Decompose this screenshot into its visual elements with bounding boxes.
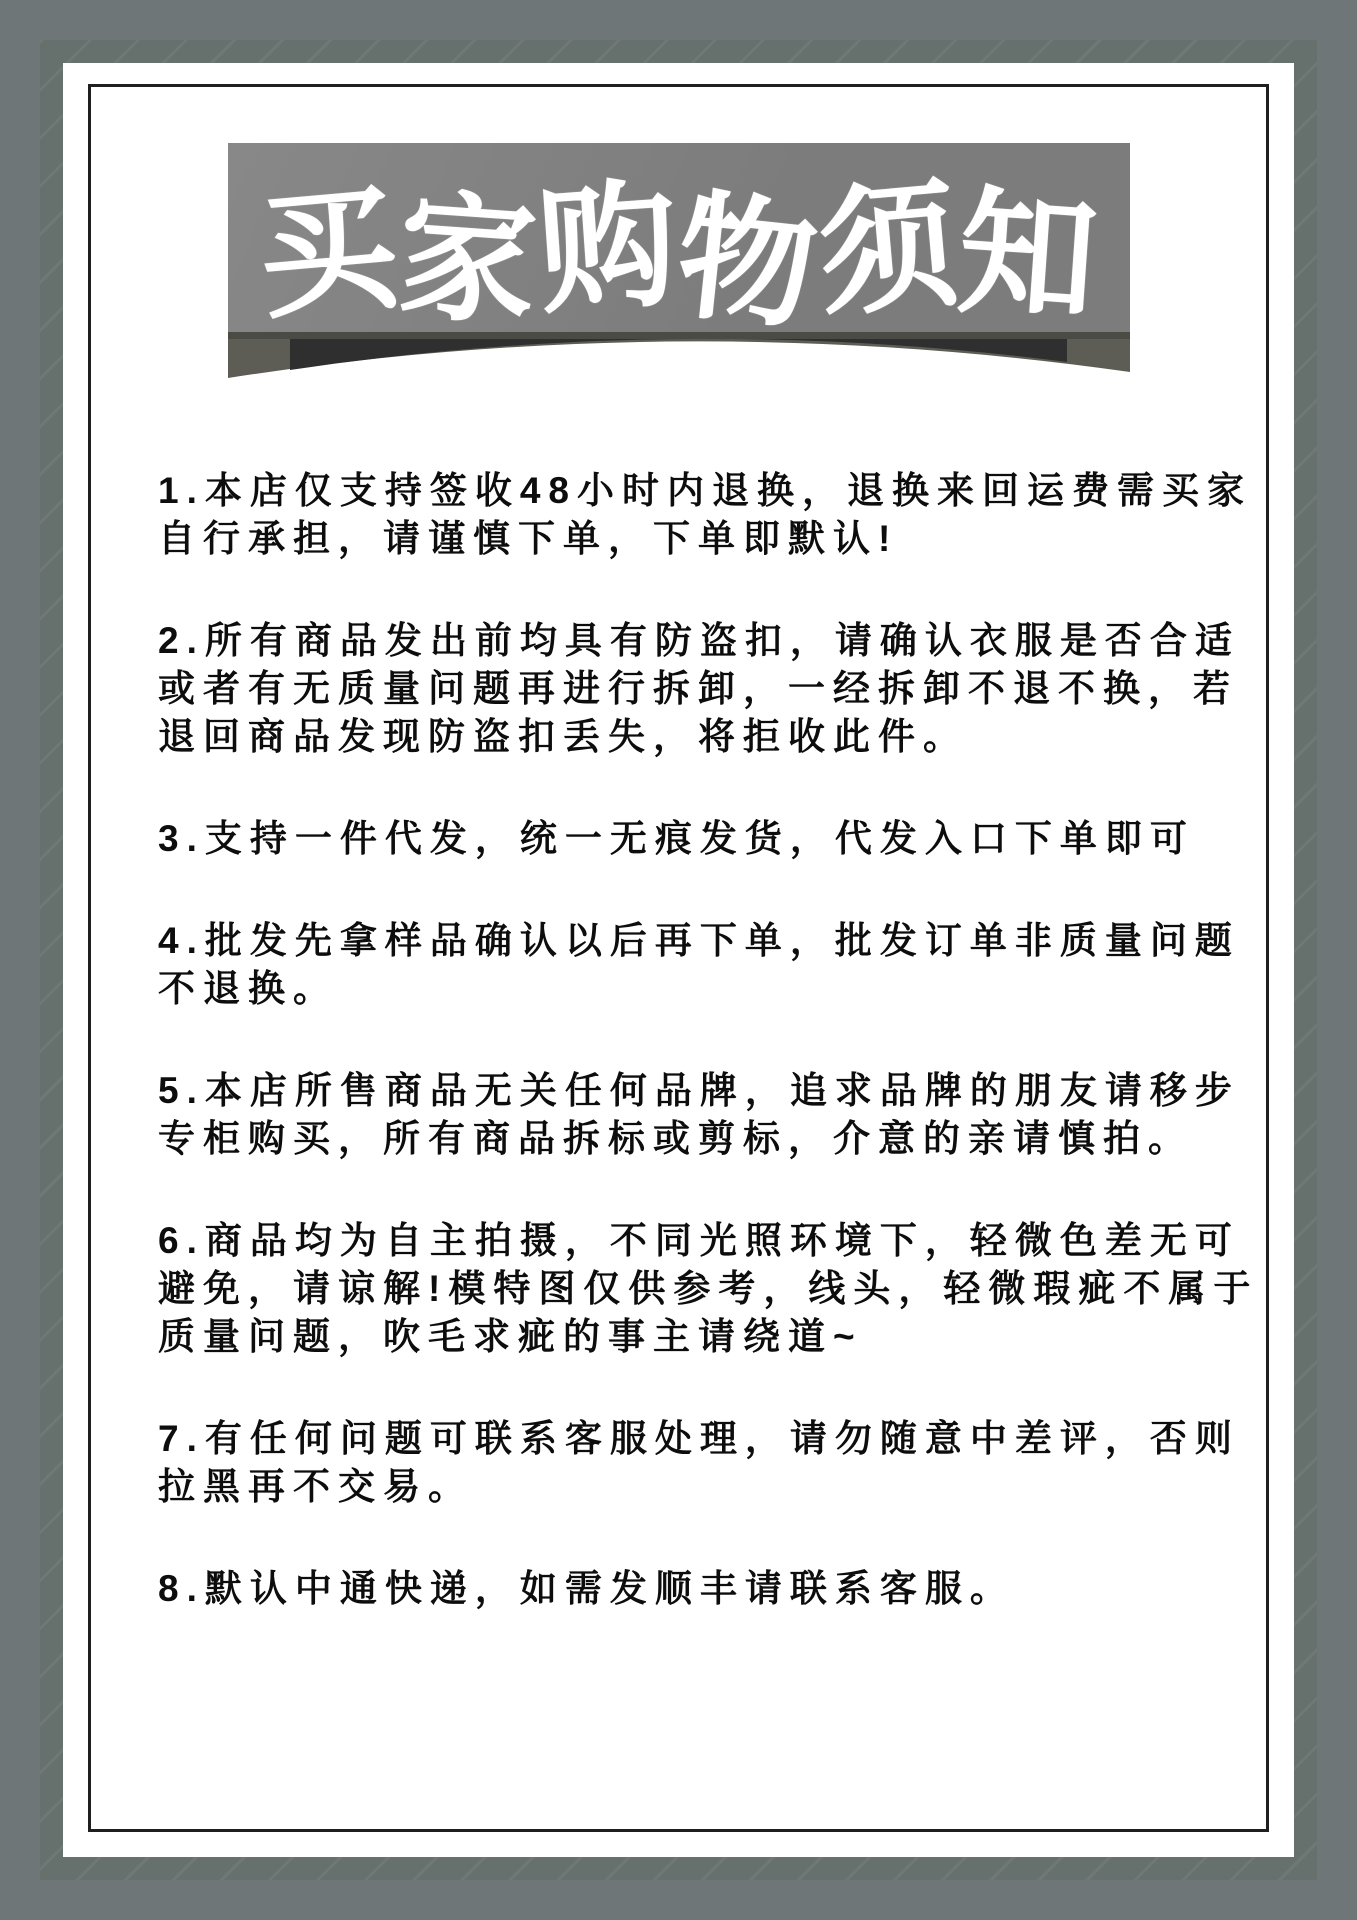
- notice-paragraph: 8.默认中通快递，如需发顺丰请联系客服。: [158, 1565, 1273, 1613]
- notice-paragraph: 7.有任何问题可联系客服处理，请勿随意中差评，否则 拉黑再不交易。: [158, 1415, 1273, 1511]
- poster: 买家购物须知 1.本店仅支持签收48小时内退换，退换来回运费需买家 自行承担，请…: [0, 0, 1357, 1920]
- page: 买家购物须知 1.本店仅支持签收48小时内退换，退换来回运费需买家 自行承担，请…: [63, 63, 1294, 1857]
- notice-paragraph: 1.本店仅支持签收48小时内退换，退换来回运费需买家 自行承担，请谨慎下单，下单…: [158, 467, 1273, 563]
- notice-list: 1.本店仅支持签收48小时内退换，退换来回运费需买家 自行承担，请谨慎下单，下单…: [158, 467, 1273, 1667]
- notice-paragraph: 4.批发先拿样品确认以后再下单，批发订单非质量问题 不退换。: [158, 917, 1273, 1013]
- notice-paragraph: 6.商品均为自主拍摄，不同光照环境下，轻微色差无可 避免，请谅解!模特图仅供参考…: [158, 1217, 1273, 1361]
- banner-ribbon-icon: [228, 332, 1130, 390]
- notice-paragraph: 2.所有商品发出前均具有防盗扣，请确认衣服是否合适 或者有无质量问题再进行拆卸，…: [158, 617, 1273, 761]
- notice-paragraph: 3.支持一件代发，统一无痕发货，代发入口下单即可: [158, 815, 1273, 863]
- banner-title: 买家购物须知: [259, 156, 1099, 320]
- notice-paragraph: 5.本店所售商品无关任何品牌，追求品牌的朋友请移步 专柜购买，所有商品拆标或剪标…: [158, 1067, 1273, 1163]
- banner: 买家购物须知: [228, 143, 1130, 332]
